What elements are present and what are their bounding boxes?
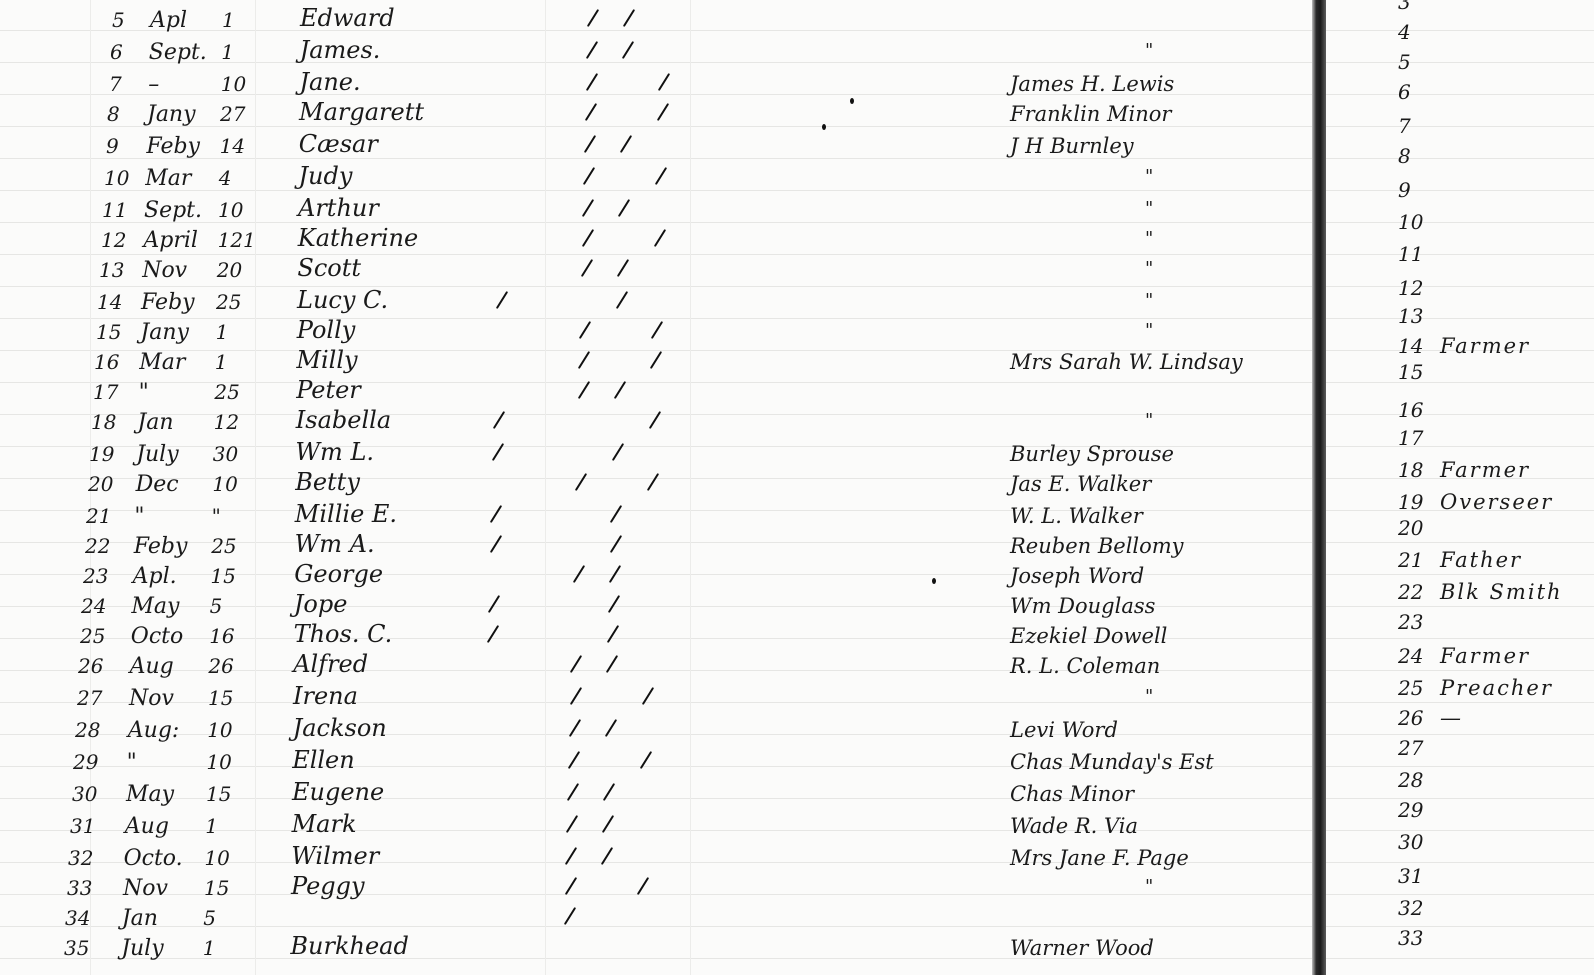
owner-name: Wm Douglass [1010,596,1155,617]
ruled-line [0,126,1594,127]
birth-day: 15 [208,688,233,708]
birth-day: 16 [209,626,234,646]
page-binding-gutter [1312,0,1326,975]
owner-name: Chas Minor [1010,784,1134,805]
tally-mark-a [487,595,499,613]
entry-number: 15 [96,322,121,342]
tally-mark-c [609,535,621,553]
child-name: Millie E. [295,502,397,526]
ruled-line [0,318,1594,319]
tally-mark-c [610,505,622,523]
facing-entry-number: 12 [1398,278,1423,298]
tally-mark-b [585,73,597,91]
facing-entry-number: 27 [1398,738,1423,758]
entry-number: 23 [83,566,108,586]
owner-name: Mrs Jane F. Page [1010,848,1189,869]
child-name: Burkhead [290,934,408,958]
owner-ditto-mark: " [1145,260,1153,278]
occupation: Farmer [1440,460,1530,481]
owner-name: Burley Sprouse [1010,444,1174,465]
entry-number: 9 [106,136,119,156]
birth-day: 14 [220,136,245,156]
facing-entry-number: 17 [1398,428,1423,448]
owner-ditto-mark: " [1145,688,1153,706]
owner-name: Franklin Minor [1010,104,1171,125]
tally-mark-b [581,229,593,247]
tally-mark-c [615,291,627,309]
owner-ditto-mark: " [1145,42,1153,60]
child-name: Polly [297,318,356,342]
tally-mark-d [650,351,662,369]
birth-day: 30 [213,444,238,464]
facing-entry-number: 25 [1398,678,1423,698]
tally-mark-d [657,73,669,91]
ruled-line [0,190,1594,191]
entry-number: 35 [64,938,89,958]
ruled-line [0,62,1594,63]
child-name: Alfred [293,652,368,676]
entry-number: 24 [81,596,106,616]
birth-day: 10 [221,74,246,94]
entry-number: 17 [93,382,118,402]
tally-mark-c [623,9,635,27]
ruled-line [0,30,1594,31]
tally-mark-a [487,625,499,643]
tally-mark-d [656,103,668,121]
birth-day: 10 [206,752,231,772]
birth-month: Nov [129,688,174,710]
entry-number: 12 [101,230,126,250]
entry-number: 22 [85,536,110,556]
child-name: Wm L. [295,440,374,464]
child-name: George [294,562,383,586]
facing-entry-number: 20 [1398,518,1423,538]
facing-entry-number: 26 [1398,708,1423,728]
ruled-line [0,894,1594,895]
facing-entry-number: 6 [1398,82,1411,102]
birth-day: 12 [214,412,239,432]
occupation: Preacher [1440,678,1553,699]
birth-day: 1 [203,938,216,958]
entry-number: 29 [73,752,98,772]
column-divider [255,0,256,975]
owner-ditto-mark: " [1145,168,1153,186]
column-divider [690,0,691,975]
tally-mark-d [655,167,667,185]
facing-entry-number: 10 [1398,212,1423,232]
owner-ditto-mark: " [1145,412,1153,430]
owner-name: Jas E. Walker [1010,474,1151,495]
owner-name: Reuben Bellomy [1010,536,1184,557]
birth-day: 1 [222,10,235,30]
owner-name: Mrs Sarah W. Lindsay [1010,352,1243,373]
tally-mark-b [578,351,590,369]
ink-speck [932,578,936,584]
entry-number: 20 [88,474,113,494]
tally-mark-c [607,595,619,613]
entry-number: 21 [86,506,111,526]
entry-number: 5 [112,10,125,30]
ruled-line [0,222,1594,223]
child-name: Eugene [292,780,384,804]
entry-number: 25 [80,626,105,646]
facing-entry-number: 13 [1398,306,1423,326]
child-name: Mark [292,812,357,836]
tally-mark-b [582,199,594,217]
birth-month: Nov [123,878,168,900]
ruled-line [0,542,1594,543]
birth-day: 1 [215,352,228,372]
tally-mark-c [620,135,632,153]
facing-entry-number: 3 [1398,0,1411,12]
entry-number: 27 [77,688,102,708]
tally-mark-c [622,41,634,59]
tally-mark-d [636,877,648,895]
birth-month: Octo [131,626,183,648]
child-name: Arthur [298,196,379,220]
birth-month: " [139,382,149,404]
child-name: Judy [298,164,352,188]
birth-day: 15 [204,878,229,898]
owner-name: Warner Wood [1010,938,1154,959]
birth-month: May [131,596,179,618]
occupation: Blk Smith [1440,582,1563,603]
owner-ditto-mark: " [1145,200,1153,218]
birth-day: 25 [211,536,236,556]
child-name: Jope [294,592,348,616]
ruled-line [0,254,1594,255]
birth-month: " [127,752,137,774]
entry-number: 8 [107,104,120,124]
facing-entry-number: 22 [1398,582,1423,602]
entry-number: 31 [70,816,95,836]
facing-entry-number: 18 [1398,460,1423,480]
facing-entry-number: 30 [1398,832,1423,852]
owner-name: J H Burnley [1010,136,1134,157]
birth-month: Aug [130,656,174,678]
ruled-line [0,350,1594,351]
owner-name: Chas Munday's Est [1010,752,1214,773]
birth-day: 121 [218,230,256,250]
entry-number: 26 [78,656,103,676]
ledger-page: 5Apl1Edward6Sept.1James."7–10Jane.James … [0,0,1594,975]
ruled-line [0,286,1594,287]
ruled-line [0,670,1594,671]
birth-month: – [148,74,159,96]
child-name: Cæsar [299,132,378,156]
entry-number: 28 [75,720,100,740]
tally-mark-b [584,135,596,153]
ruled-line [0,798,1594,799]
birth-day: 10 [207,720,232,740]
birth-month: Jany [147,104,196,126]
child-name: Margarett [299,100,424,124]
birth-month: Aug: [128,720,180,742]
tally-mark-c [607,625,619,643]
birth-month: Feby [146,136,200,158]
facing-entry-number: 21 [1398,550,1423,570]
facing-entry-number: 33 [1398,928,1423,948]
child-name: Isabella [296,408,391,432]
birth-month: July [121,938,163,960]
child-name: Thos. C. [294,622,393,646]
entry-number: 16 [94,352,119,372]
occupation: — [1440,708,1463,729]
ruled-line [0,446,1594,447]
tally-mark-a [490,505,502,523]
entry-number: 13 [99,260,124,280]
tally-mark-c [618,199,630,217]
birth-day: 5 [210,596,223,616]
child-name: Wm A. [295,532,375,556]
ruled-line [0,830,1594,831]
birth-day: 25 [214,382,239,402]
facing-entry-number: 32 [1398,898,1423,918]
child-name: Peter [296,378,361,402]
owner-ditto-mark: " [1145,230,1153,248]
child-name: Lucy C. [297,288,388,312]
child-name: Peggy [291,874,365,898]
tally-mark-a [495,291,507,309]
entry-number: 32 [68,848,93,868]
child-name: Wilmer [291,844,379,868]
birth-month: Dec [136,474,179,496]
owner-name: Levi Word [1010,720,1118,741]
tally-mark-c [616,259,628,277]
tally-mark-b [587,9,599,27]
birth-month: Octo. [124,848,183,870]
entry-number: 6 [110,42,123,62]
owner-name: W. L. Walker [1010,506,1143,527]
owner-ditto-mark: " [1145,322,1153,340]
ruled-line [0,510,1594,511]
birth-day: 10 [218,200,243,220]
facing-entry-number: 14 [1398,336,1423,356]
child-name: Scott [297,256,361,280]
child-name: Jane. [299,70,360,94]
entry-number: 30 [72,784,97,804]
birth-month: Sept. [144,200,202,222]
facing-entry-number: 16 [1398,400,1423,420]
owner-name: R. L. Coleman [1010,656,1160,677]
ruled-line [0,958,1594,959]
birth-day: 1 [205,816,218,836]
child-name: Katherine [298,226,418,250]
entry-number: 18 [91,412,116,432]
tally-mark-b [584,103,596,121]
occupation: Father [1440,550,1522,571]
ruled-line [0,734,1594,735]
ruled-line [0,702,1594,703]
owner-ditto-mark: " [1145,292,1153,310]
ruled-line [0,766,1594,767]
ruled-line [0,862,1594,863]
facing-entry-number: 28 [1398,770,1423,790]
entry-number: 10 [104,168,129,188]
birth-month: Feby [134,536,188,558]
owner-ditto-mark: " [1145,878,1153,896]
birth-day: 15 [206,784,231,804]
owner-name: Ezekiel Dowell [1010,626,1167,647]
birth-month: April [143,230,198,252]
ruled-line [0,478,1594,479]
ruled-line [0,158,1594,159]
birth-month: Sept. [149,42,207,64]
facing-entry-number: 11 [1398,244,1423,264]
entry-number: 14 [97,292,122,312]
ruled-line [0,606,1594,607]
tally-mark-a [489,535,501,553]
owner-name: Joseph Word [1010,566,1144,587]
facing-entry-number: 8 [1398,146,1411,166]
owner-name: James H. Lewis [1010,74,1174,95]
ruled-line [0,926,1594,927]
child-name: Betty [295,470,360,494]
occupation: Overseer [1440,492,1553,513]
facing-entry-number: 23 [1398,612,1423,632]
birth-day: 1 [221,42,234,62]
facing-entry-number: 4 [1398,22,1411,42]
birth-month: Feby [141,292,195,314]
owner-name: Wade R. Via [1010,816,1138,837]
occupation: Farmer [1440,646,1530,667]
birth-day: 25 [216,292,241,312]
birth-month: Nov [142,260,187,282]
tally-mark-d [653,229,665,247]
child-name: Ellen [292,748,355,772]
facing-entry-number: 31 [1398,866,1423,886]
tally-mark-b [564,877,576,895]
entry-number: 33 [67,878,92,898]
birth-month: Mar [139,352,185,374]
tally-mark-b [575,473,587,491]
occupation: Farmer [1440,336,1530,357]
facing-entry-number: 5 [1398,52,1411,72]
facing-entry-number: 15 [1398,362,1423,382]
birth-day: " [212,506,221,526]
birth-month: Mar [145,168,191,190]
entry-number: 19 [89,444,114,464]
tally-mark-b [580,259,592,277]
birth-day: 20 [217,260,242,280]
ruled-line [0,574,1594,575]
birth-day: 1 [216,322,229,342]
birth-month: Jan [122,908,158,930]
facing-entry-number: 7 [1398,116,1411,136]
birth-day: 5 [203,908,216,928]
column-divider [545,0,546,975]
child-name: Milly [296,348,357,372]
birth-day: 15 [210,566,235,586]
birth-day: 10 [204,848,229,868]
birth-day: 27 [220,104,245,124]
birth-month: Apl. [133,566,177,588]
child-name: Jackson [293,716,387,740]
birth-month: " [134,506,144,528]
birth-month: July [136,444,178,466]
birth-month: Jany [140,322,189,344]
child-name: Edward [300,6,395,30]
tally-mark-b [577,381,589,399]
tally-mark-b [583,167,595,185]
entry-number: 34 [65,908,90,928]
facing-entry-number: 19 [1398,492,1423,512]
ink-speck [822,124,826,130]
birth-day: 10 [212,474,237,494]
child-name: James. [300,38,381,62]
tally-mark-d [651,321,663,339]
ruled-line [0,414,1594,415]
entry-number: 11 [102,200,127,220]
tally-mark-b [586,41,598,59]
birth-month: Aug [125,816,169,838]
ink-speck [850,98,854,104]
facing-entry-number: 29 [1398,800,1423,820]
birth-day: 4 [219,168,232,188]
entry-number: 7 [109,74,122,94]
tally-mark-d [647,473,659,491]
birth-day: 26 [208,656,233,676]
birth-month: Apl [150,10,187,32]
tally-mark-b [563,907,575,925]
child-name: Irena [293,684,358,708]
birth-month: Jan [137,412,173,434]
birth-month: May [126,784,174,806]
facing-entry-number: 24 [1398,646,1423,666]
facing-entry-number: 9 [1398,180,1411,200]
tally-mark-c [613,381,625,399]
tally-mark-b [579,321,591,339]
ruled-line [0,638,1594,639]
